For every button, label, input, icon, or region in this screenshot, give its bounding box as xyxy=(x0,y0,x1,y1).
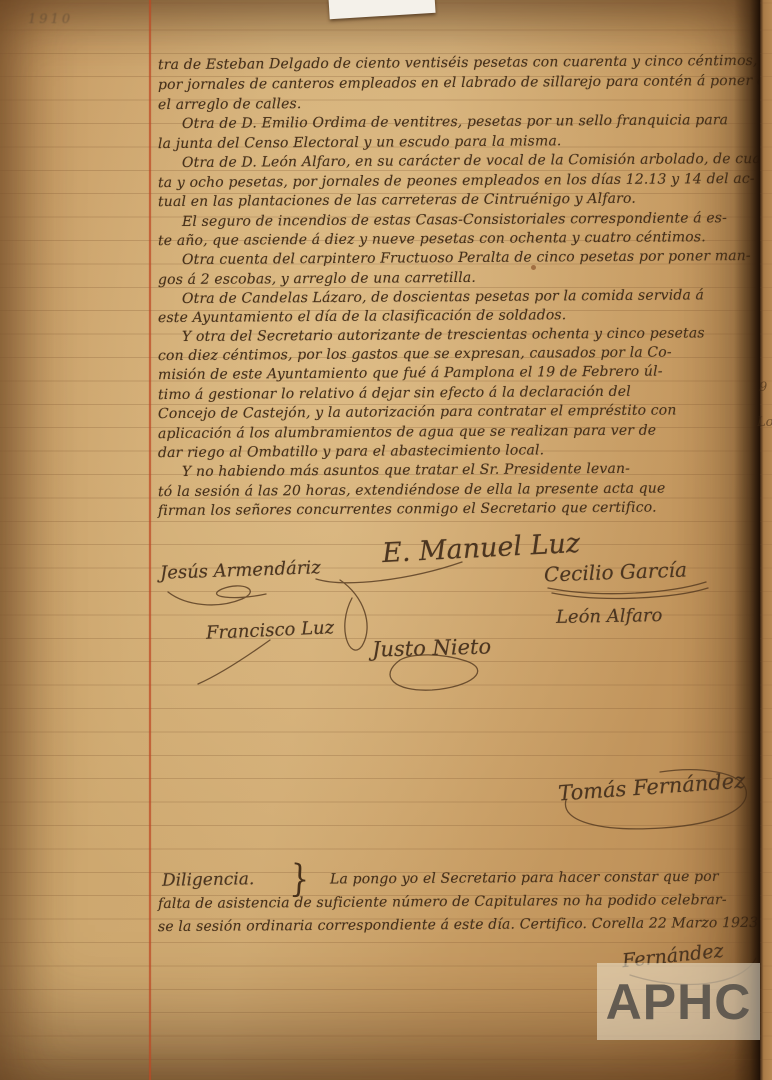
binding-gutter-shadow xyxy=(734,0,762,1080)
watermark-text: APHC xyxy=(606,973,752,1031)
next-page-edge xyxy=(760,0,772,1080)
archive-watermark: APHC xyxy=(597,963,760,1040)
pencil-note: 1910 xyxy=(28,12,73,27)
next-page-text-fragment: Lo xyxy=(757,415,772,430)
signature-concejal: León Alfaro xyxy=(556,605,663,628)
ruled-lines xyxy=(760,0,772,1080)
signature-concejal: Cecilio García xyxy=(544,558,688,587)
signature-concejal: Justo Nieto xyxy=(372,634,492,661)
red-margin-line xyxy=(149,0,151,1080)
diligencia-label: Diligencia. xyxy=(162,869,255,891)
paper-speck xyxy=(531,265,536,270)
diligencia-line: La pongo yo el Secretario para hacer con… xyxy=(330,869,754,888)
manuscript-photo: 1910 tra de Esteban Delgado de ciento ve… xyxy=(0,0,772,1080)
next-page-text-fragment: 9 xyxy=(759,380,767,395)
